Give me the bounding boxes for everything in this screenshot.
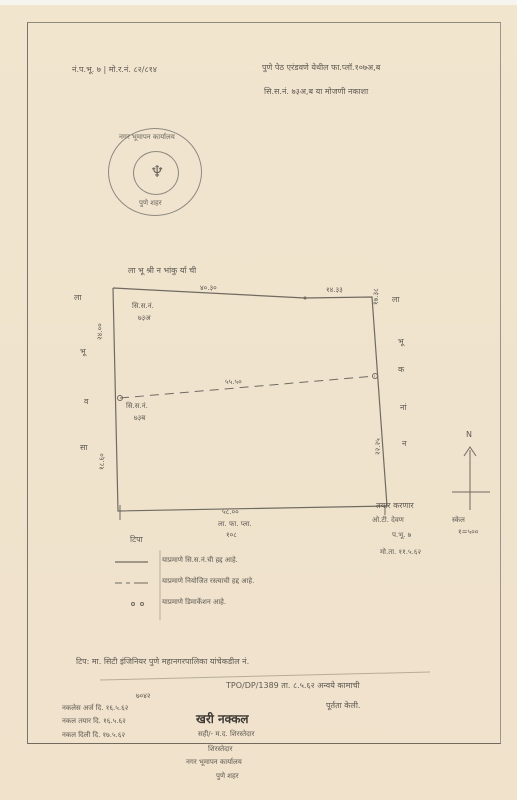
bottom-neighbor-number: १०८: [226, 531, 237, 540]
scale-value: १=५००: [458, 528, 478, 537]
legend-item-1: याप्रमाणे सि.स.नं.ची हद्द आहे.: [162, 556, 238, 565]
left-letter-2: भू: [80, 346, 86, 357]
parcel-b-number: ७३ब: [134, 414, 145, 423]
top-dimension-1: ४०.३०: [200, 284, 217, 293]
note-line-3: पूर्तता केली.: [326, 700, 360, 711]
legend-item-3: याप्रमाणे डिमार्केशन आहे.: [162, 598, 226, 607]
office-name: नगर भूमापन कार्यालय: [186, 758, 242, 767]
right-dimension-1: १७.३८: [372, 288, 381, 305]
bottom-neighbor-label: ला. फा. प्ला.: [218, 520, 252, 529]
left-letter-3: व: [84, 396, 88, 407]
legend-title: टिपा: [130, 534, 143, 545]
office-city: पुणे शहर: [216, 772, 239, 781]
parcel-a-number: ७३अ: [138, 314, 151, 323]
prepared-by-grade: प.भू. ७: [392, 531, 411, 540]
legend-item-2: याप्रमाणे नियोजित रस्त्याची हद्द आहे.: [162, 577, 254, 586]
right-letter-4: नां: [400, 402, 407, 413]
bottom-dimension: ५८.००: [222, 508, 239, 517]
application-date: नकलेस अर्ज दि. १६.५.६२: [62, 704, 128, 713]
ready-date: नकल तयार दि. १६.५.६२: [62, 717, 126, 726]
top-dimension-2: १४.३३: [326, 286, 343, 295]
certified-copy-stamp: खरी नक्कल: [196, 710, 249, 727]
north-boundary-label: ला भू श्री न भांकु र्या ची: [128, 265, 196, 276]
survey-date: मो.ता. ११.५.६२: [380, 548, 421, 557]
right-dimension-2: २२.२५: [374, 438, 383, 455]
fee-number: ७०४२: [136, 692, 151, 701]
divider-dimension: ५५.५०: [225, 378, 242, 387]
map-document: नं.प.भू. ७ | मो.र.नं. ८२/८१४ पुणे पेठ एर…: [0, 0, 517, 800]
parcel-a-label: सि.स.नं.: [132, 302, 154, 311]
left-dimension-1: २४.००: [96, 323, 105, 340]
parcel-b-label: सि.स.नं.: [126, 402, 148, 411]
left-letter-4: सा: [80, 442, 87, 453]
scale-label: स्केल: [452, 516, 465, 525]
left-dimension-2: १८.६०: [98, 453, 107, 470]
issued-date: नकल दिली दि. १७.५.६२: [62, 731, 125, 740]
left-letter-1: ला: [74, 292, 82, 303]
prepared-by-name: ओ.टी. देवण: [372, 516, 404, 525]
note-line-2: TPO/DP/1389 ता. ८.५.६२ अन्वये कामाची: [226, 680, 360, 691]
office-title: शिरस्तेदार: [208, 745, 233, 754]
north-arrow-icon: N: [466, 430, 472, 439]
right-letter-2: भू: [398, 336, 404, 347]
right-letter-1: ला: [392, 294, 400, 305]
prepared-by-title: तयार करणार: [376, 500, 414, 511]
note-line-1: टिप: मा. सिटी इंजिनियर पुणे महानगरपालिका…: [76, 656, 249, 667]
right-letter-5: न: [402, 438, 406, 449]
signature: सही/- म.द. शिरस्तेदार: [198, 730, 255, 739]
right-letter-3: क: [398, 364, 404, 375]
